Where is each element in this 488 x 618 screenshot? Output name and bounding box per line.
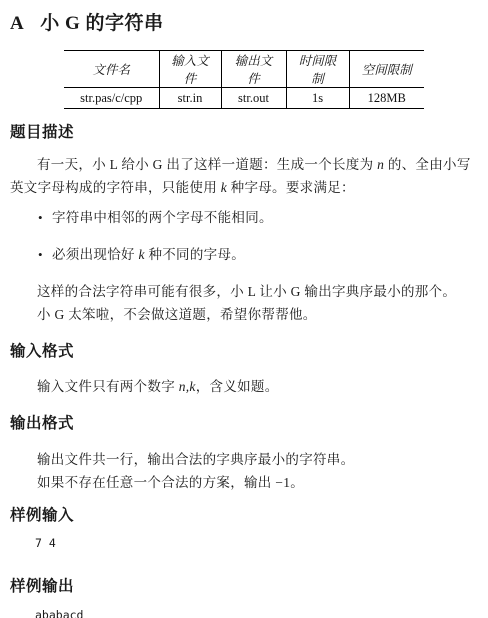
info-table-value-row: str.pas/c/cpp str.in str.out 1s 128MB — [64, 88, 424, 109]
heading-input-format: 输入格式 — [10, 343, 478, 360]
input-format-paragraph: 输入文件只有两个数字 n,k，含义如题。 — [10, 375, 478, 398]
problem-title-text: 小 G 的字符串 — [40, 13, 163, 34]
header-time-limit: 时间限制 — [286, 51, 349, 88]
description-paragraph-2-line-1: 这样的合法字符串可能有很多，小 L 让小 G 输出字典序最小的那个。 — [10, 280, 478, 303]
value-memory-limit: 128MB — [349, 88, 424, 109]
value-output-file: str.out — [221, 88, 286, 109]
math-minus-one: −1 — [275, 475, 290, 490]
heading-output-format: 输出格式 — [10, 415, 478, 432]
page-title: A小 G 的字符串 — [10, 13, 478, 34]
heading-sample-output: 样例输出 — [10, 578, 478, 595]
header-output-file: 输出文件 — [221, 51, 286, 88]
header-input-file: 输入文件 — [159, 51, 221, 88]
output-format-line-2: 如果不存在任意一个合法的方案，输出 −1。 — [10, 471, 478, 494]
heading-description: 题目描述 — [10, 124, 478, 141]
problem-statement-page: A小 G 的字符串 文件名 输入文件 输出文件 时间限制 空间限制 str.pa… — [0, 0, 488, 618]
header-memory-limit: 空间限制 — [349, 51, 424, 88]
value-filename: str.pas/c/cpp — [64, 88, 159, 109]
value-input-file: str.in — [159, 88, 221, 109]
info-table-header-row: 文件名 输入文件 输出文件 时间限制 空间限制 — [64, 51, 424, 88]
description-p1-text-a: 有一天，小 L 给小 G 出了这样一道题：生成一个长度为 — [37, 157, 377, 172]
sample-output-value: ababacd — [35, 608, 478, 618]
problem-info-table-wrap: 文件名 输入文件 输出文件 时间限制 空间限制 str.pas/c/cpp st… — [10, 50, 478, 109]
math-var-nk: n,k — [179, 379, 196, 394]
output-format-text-a: 如果不存在任意一个合法的方案，输出 — [37, 475, 275, 490]
input-format-text-b: ，含义如题。 — [196, 379, 279, 394]
requirement-2-text-a: 必须出现恰好 — [52, 247, 138, 262]
input-format-text-a: 输入文件只有两个数字 — [37, 379, 179, 394]
header-filename: 文件名 — [64, 51, 159, 88]
heading-sample-input: 样例输入 — [10, 507, 478, 524]
description-paragraph-1: 有一天，小 L 给小 G 出了这样一道题：生成一个长度为 n 的、全由小写英文字… — [10, 153, 478, 199]
output-format-text-b: 。 — [290, 475, 304, 490]
description-p1-text-c: 种字母。要求满足： — [227, 180, 355, 195]
value-time-limit: 1s — [286, 88, 349, 109]
description-paragraph-2-line-2: 小 G 太笨啦，不会做这道题，希望你帮帮他。 — [10, 303, 478, 326]
sample-input-value: 7 4 — [35, 536, 478, 550]
problem-letter: A — [10, 13, 24, 34]
requirement-2-text-b: 种不同的字母。 — [145, 247, 245, 262]
list-item: 字符串中相邻的两个字母不能相同。 — [10, 210, 478, 226]
requirements-list: 字符串中相邻的两个字母不能相同。 必须出现恰好 k 种不同的字母。 — [10, 210, 478, 263]
problem-info-table: 文件名 输入文件 输出文件 时间限制 空间限制 str.pas/c/cpp st… — [64, 50, 424, 109]
list-item: 必须出现恰好 k 种不同的字母。 — [10, 247, 478, 263]
output-format-line-1: 输出文件共一行，输出合法的字典序最小的字符串。 — [10, 448, 478, 471]
requirement-1-text: 字符串中相邻的两个字母不能相同。 — [52, 210, 273, 225]
